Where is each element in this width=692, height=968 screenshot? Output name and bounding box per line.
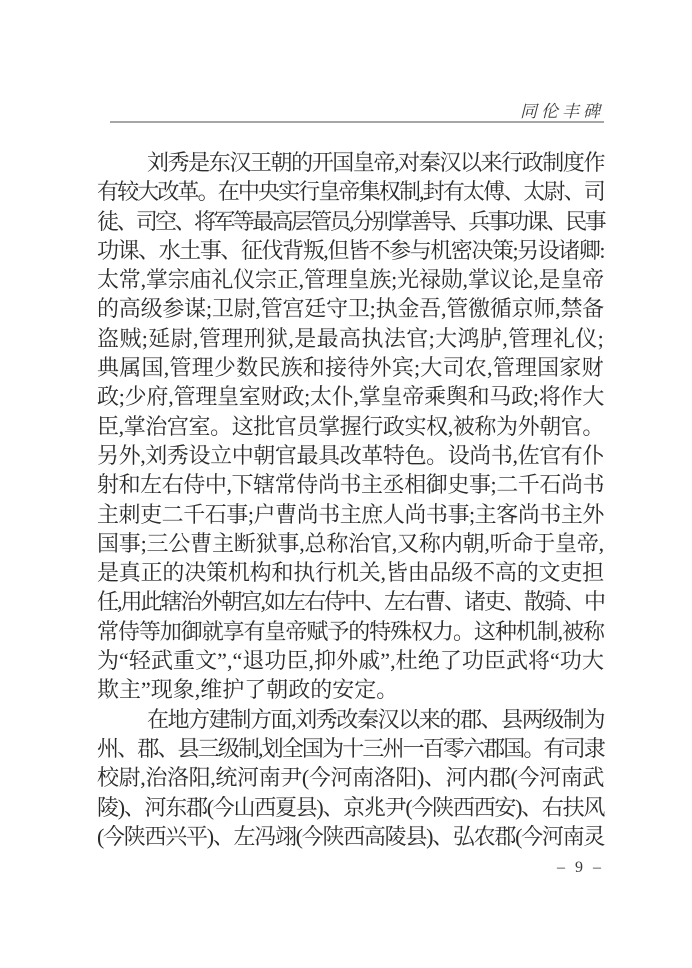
text-line: 太常,掌宗庙礼仪宗正,管理皇族;光禄勋,掌议论,是皇帝: [97, 265, 604, 294]
text-line: 射和左右侍中,下辖常侍尚书主丞相御史事;二千石尚书: [97, 470, 604, 499]
body-text: 刘秀是东汉王朝的开国皇帝,对秦汉以来行政制度作 有较大改革。在中央实行皇帝集权制…: [97, 148, 604, 851]
header-rule: [110, 121, 604, 123]
text-line: 国事;三公曹主断狱事,总称治官,又称内朝,听命于皇帝,: [97, 529, 604, 558]
text-line: 欺主”现象,维护了朝政的安定。: [97, 675, 604, 704]
text-line: 徒、司空、将军等最高层管员,分别掌善导、兵事功课、民事: [97, 207, 604, 236]
text-line: 另外,刘秀设立中朝官最具改革特色。设尚书,佐官有仆: [97, 441, 604, 470]
text-line: 主刺吏二千石事;户曹尚书主庶人尚书事;主客尚书主外: [97, 500, 604, 529]
text-line: 刘秀是东汉王朝的开国皇帝,对秦汉以来行政制度作: [97, 148, 604, 177]
text-line: 典属国,管理少数民族和接待外宾;大司农,管理国家财: [97, 353, 604, 382]
page-number: – 9 –: [557, 859, 604, 876]
text-line: 任,用此辖治外朝宫,如左右侍中、左右曹、诸吏、散骑、中: [97, 587, 604, 616]
text-line: 盗贼;延尉,管理刑狱,是最高执法官;大鸿胪,管理礼仪;: [97, 324, 604, 353]
text-line: 为“轻武重文”,“退功臣,抑外戚”,杜绝了功臣武将“功大: [97, 646, 604, 675]
text-line: 有较大改革。在中央实行皇帝集权制,封有太傅、太尉、司: [97, 177, 604, 206]
scanned-book-page: 同伦丰碑 刘秀是东汉王朝的开国皇帝,对秦汉以来行政制度作 有较大改革。在中央实行…: [0, 0, 692, 968]
text-line: (今陕西兴平)、左冯翊(今陕西高陵县)、弘农郡(今河南灵: [97, 822, 604, 851]
running-header-title: 同伦丰碑: [520, 97, 604, 122]
text-line: 政;少府,管理皇室财政;太仆,掌皇帝乘舆和马政;将作大: [97, 382, 604, 411]
text-line: 常侍等加御就享有皇帝赋予的特殊权力。这种机制,被称: [97, 617, 604, 646]
text-line: 在地方建制方面,刘秀改秦汉以来的郡、县两级制为: [97, 705, 604, 734]
text-line: 是真正的决策机构和执行机关,皆由品级不高的文吏担: [97, 558, 604, 587]
paragraph-local-government: 在地方建制方面,刘秀改秦汉以来的郡、县两级制为 州、郡、县三级制,划全国为十三州…: [97, 705, 604, 851]
text-line: 功课、水土事、征伐背叛,但皆不参与机密决策;另设诸卿:: [97, 236, 604, 265]
paragraph-central-government: 刘秀是东汉王朝的开国皇帝,对秦汉以来行政制度作 有较大改革。在中央实行皇帝集权制…: [97, 148, 604, 705]
text-line: 校尉,治洛阳,统河南尹(今河南洛阳)、河内郡(今河南武: [97, 763, 604, 792]
page-footer: – 9 –: [557, 859, 604, 877]
text-line: 陵)、河东郡(今山西夏县)、京兆尹(今陕西西安)、右扶风: [97, 793, 604, 822]
text-line: 州、郡、县三级制,划全国为十三州一百零六郡国。有司隶: [97, 734, 604, 763]
text-line: 臣,掌治宫室。这批官员掌握行政实权,被称为外朝官。: [97, 412, 604, 441]
text-line: 的高级参谋;卫尉,管宫廷守卫;执金吾,管徼循京师,禁备: [97, 294, 604, 323]
